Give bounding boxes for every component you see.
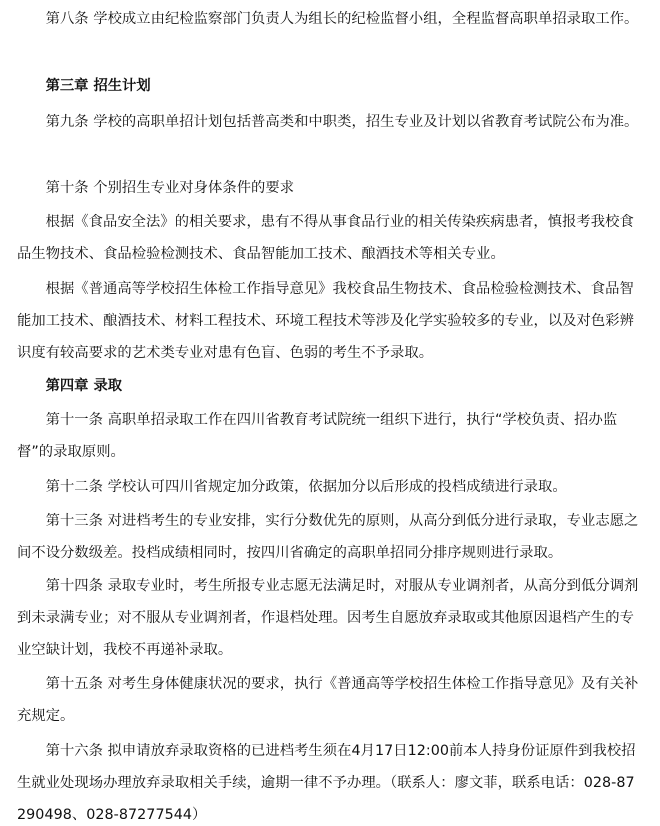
chapter-3-heading: 第三章 招生计划: [17, 70, 642, 102]
article-14-paragraph: 第十四条 录取专业时，考生所报专业志愿无法满足时，对服从专业调剂者，从高分到低分…: [17, 570, 642, 666]
document-page: 第八条 学校成立由纪检监察部门负责人为组长的纪检监督小组，全程监督高职单招录取工…: [0, 0, 660, 826]
article-12-paragraph: 第十二条 学校认可四川省规定加分政策，依据加分以后形成的投档成绩进行录取。: [17, 471, 642, 503]
article-13-paragraph: 第十三条 对进档考生的专业安排，实行分数优先的原则，从高分到低分进行录取，专业志…: [17, 505, 642, 569]
article-10-paragraph: 第十条 个别招生专业对身体条件的要求: [17, 172, 642, 204]
physical-exam-guidance-paragraph: 根据《普通高等学校招生体检工作指导意见》我校食品生物技术、食品检验检测技术、食品…: [17, 273, 642, 369]
food-safety-law-paragraph: 根据《食品安全法》的相关要求，患有不得从事食品行业的相关传染疾病患者，慎报考我校…: [17, 206, 642, 270]
article-11-paragraph: 第十一条 高职单招录取工作在四川省教育考试院统一组织下进行，执行“学校负责、招办…: [17, 404, 642, 468]
article-16-paragraph: 第十六条 拟申请放弃录取资格的已进档考生须在4月17日12:00前本人持身份证原…: [17, 735, 642, 826]
chapter-4-heading: 第四章 录取: [17, 370, 642, 402]
article-9-paragraph: 第九条 学校的高职单招计划包括普高类和中职类，招生专业及计划以省教育考试院公布为…: [17, 106, 642, 138]
article-15-paragraph: 第十五条 对考生身体健康状况的要求，执行《普通高等学校招生体检工作指导意见》及有…: [17, 668, 642, 732]
article-8-paragraph: 第八条 学校成立由纪检监察部门负责人为组长的纪检监督小组，全程监督高职单招录取工…: [17, 3, 642, 35]
